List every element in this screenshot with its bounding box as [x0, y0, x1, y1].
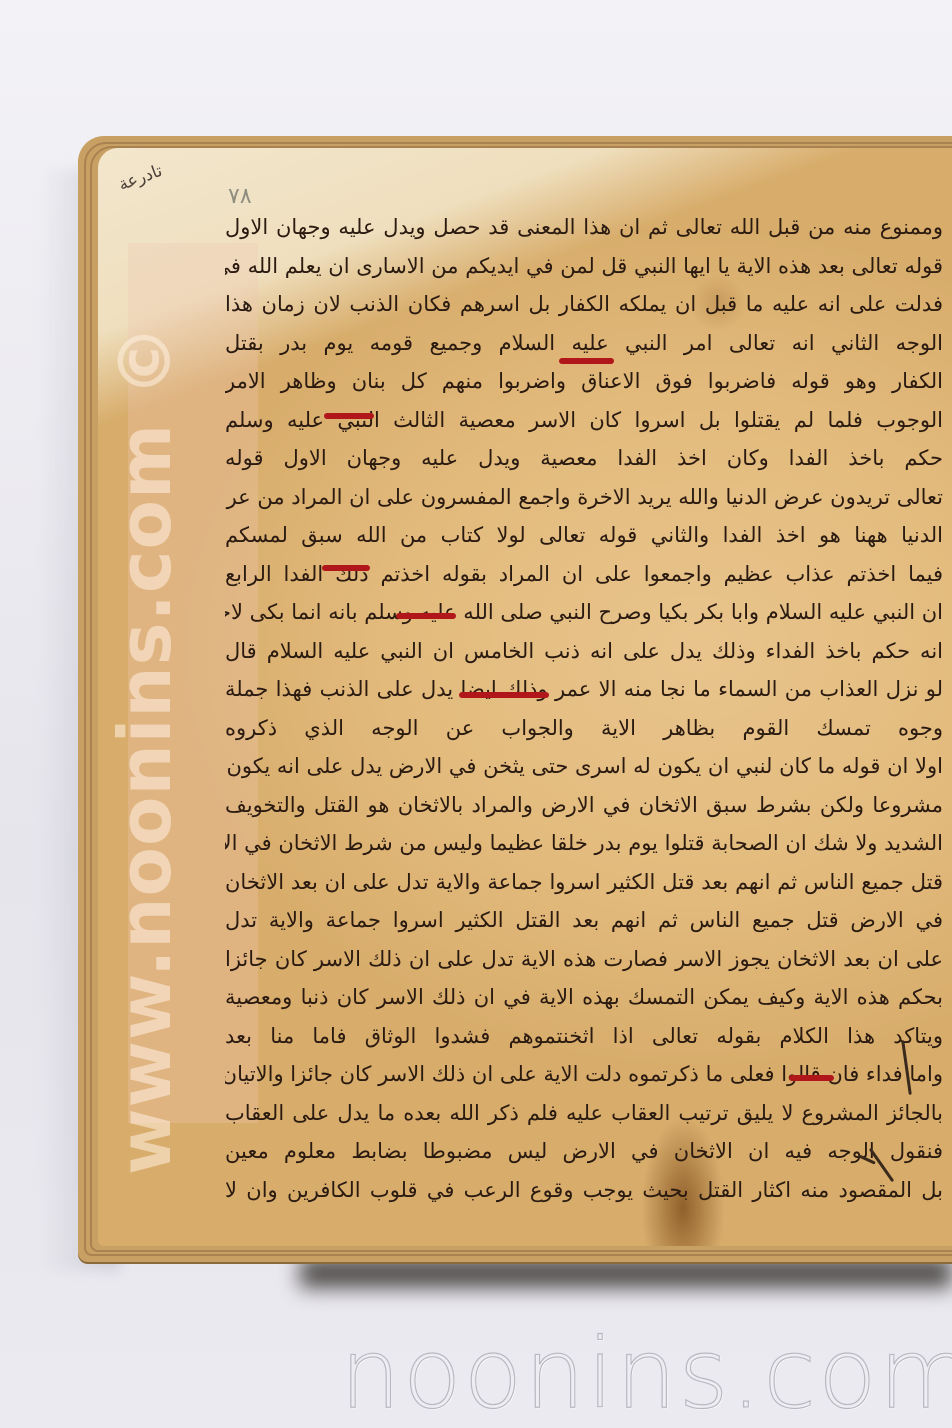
- text-line: فدلت على انه عليه ما قبل ان يملكه الكفار…: [225, 285, 943, 324]
- vertical-watermark: www.noonins.com ©: [100, 255, 190, 1175]
- text-line: لو نزل العذاب من السماء ما نجا منه الا ع…: [225, 670, 943, 709]
- rubric-mark: [322, 565, 370, 571]
- text-line: على ان بعد الاثخان يجوز الاسر فصارت هذه …: [225, 940, 943, 979]
- text-line: وجوه تمسك القوم بظاهر الاية والجواب عن ا…: [225, 709, 943, 748]
- text-line: فيما اخذتم عذاب عظيم واجمعوا على ان المر…: [225, 555, 943, 594]
- text-line: بالجائز المشروع لا يليق ترتيب العقاب علي…: [225, 1094, 943, 1133]
- rubric-mark: [459, 692, 549, 698]
- text-line: انه حكم باخذ الفداء وذلك يدل على انه ذنب…: [225, 632, 943, 671]
- page-number: ٧٨: [228, 184, 252, 209]
- bottom-watermark: noonins.com: [340, 1318, 952, 1428]
- rubric-mark: [396, 613, 456, 619]
- text-line: فنقول الوجه فيه ان الاثخان في الارض ليس …: [225, 1132, 943, 1171]
- text-line: الكفار وهو قوله فاضربوا فوق الاعناق واضر…: [225, 362, 943, 401]
- book-bottom-shadow: [300, 1258, 952, 1288]
- text-line: الوجوب فلما لم يقتلوا بل اسروا كان الاسر…: [225, 401, 943, 440]
- text-line: وممنوع منه من قبل الله تعالى ثم ان هذا ا…: [225, 208, 943, 247]
- text-line: قتل جميع الناس ثم انهم بعد قتل الكثير اس…: [225, 863, 943, 902]
- text-line: مشروعا ولكن بشرط سبق الاثخان في الارض وا…: [225, 786, 943, 825]
- text-line: الدنيا ههنا هو اخذ الفدا والثاني قوله تع…: [225, 516, 943, 555]
- text-line: حكم باخذ الفدا وكان اخذ الفدا معصية ويدل…: [225, 439, 943, 478]
- text-line: واما فداء فان قالوا فعلى ما ذكرتموه دلت …: [225, 1055, 943, 1094]
- text-line: قوله تعالى بعد هذه الاية يا ايها النبي ق…: [225, 247, 943, 286]
- rubric-mark: [789, 1075, 834, 1081]
- text-line: ويتاكد هذا الكلام بقوله تعالى اذا اثخنتم…: [225, 1017, 943, 1056]
- text-line: اولا ان قوله ما كان لنبي ان يكون له اسرى…: [225, 747, 943, 786]
- text-line: ان النبي عليه السلام وابا بكر بكيا وصرح …: [225, 593, 943, 632]
- text-line: بل المقصود منه اكثار القتل بحيث يوجب وقو…: [225, 1171, 943, 1210]
- text-line: بحكم هذه الاية وكيف يمكن التمسك بهذه الا…: [225, 978, 943, 1017]
- text-line: في الارض قتل جميع الناس ثم انهم بعد القت…: [225, 901, 943, 940]
- rubric-mark: [559, 358, 614, 364]
- text-line: تعالى تريدون عرض الدنيا والله يريد الاخر…: [225, 478, 943, 517]
- text-line: الشديد ولا شك ان الصحابة قتلوا يوم بدر خ…: [225, 824, 943, 863]
- text-line: الوجه الثاني انه تعالى امر النبي عليه ال…: [225, 324, 943, 363]
- rubric-mark: [324, 413, 374, 419]
